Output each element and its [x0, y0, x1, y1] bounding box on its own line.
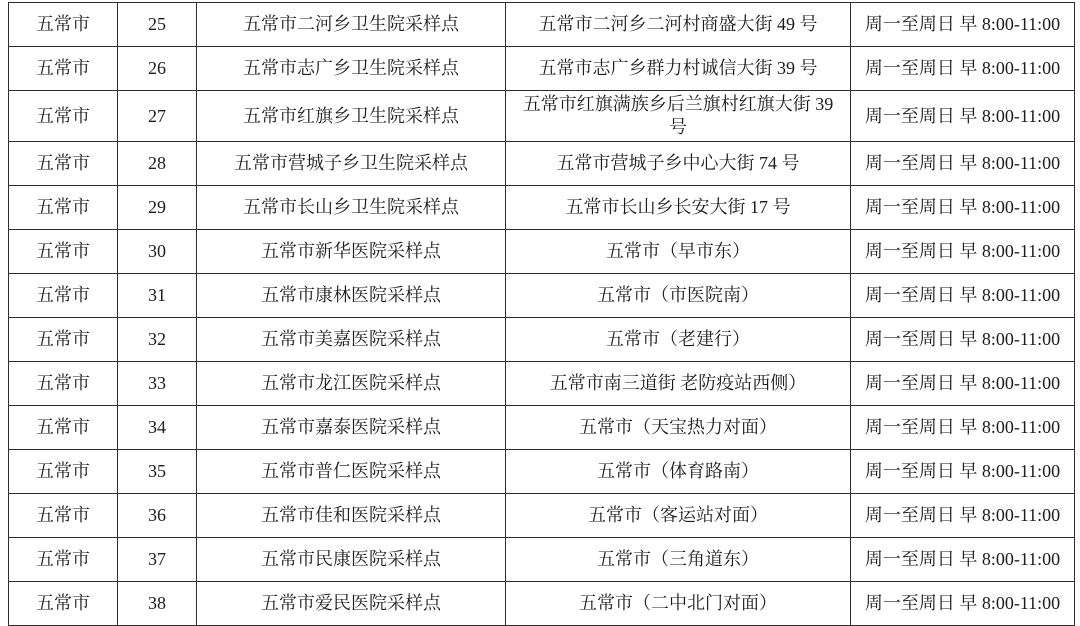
hours-cell: 周一至周日 早 8:00-11:00	[851, 230, 1075, 274]
hours-cell: 周一至周日 早 8:00-11:00	[851, 47, 1075, 91]
table-row: 五常市26五常市志广乡卫生院采样点五常市志广乡群力村诚信大街 39 号周一至周日…	[9, 47, 1075, 91]
table-row: 五常市29五常市长山乡卫生院采样点五常市长山乡长安大街 17 号周一至周日 早 …	[9, 186, 1075, 230]
index-cell: 38	[118, 582, 197, 621]
index-cell: 31	[118, 274, 197, 318]
index-cell: 27	[118, 91, 197, 142]
sampling-table-body: 五常市25五常市二河乡卫生院采样点五常市二河乡二河村商盛大街 49 号周一至周日…	[9, 3, 1075, 621]
address-cell: 五常市南三道街 老防疫站西侧）	[506, 362, 851, 406]
site-cell: 五常市普仁医院采样点	[197, 450, 506, 494]
site-cell: 五常市营城子乡卫生院采样点	[197, 142, 506, 186]
hours-cell: 周一至周日 早 8:00-11:00	[851, 318, 1075, 362]
address-cell: 五常市二河乡二河村商盛大街 49 号	[506, 3, 851, 47]
table-row: 五常市31五常市康林医院采样点五常市（市医院南）周一至周日 早 8:00-11:…	[9, 274, 1075, 318]
city-cell: 五常市	[9, 362, 118, 406]
table-row: 五常市35五常市普仁医院采样点五常市（体育路南）周一至周日 早 8:00-11:…	[9, 450, 1075, 494]
site-cell: 五常市民康医院采样点	[197, 538, 506, 582]
site-cell: 五常市佳和医院采样点	[197, 494, 506, 538]
index-cell: 28	[118, 142, 197, 186]
site-cell: 五常市志广乡卫生院采样点	[197, 47, 506, 91]
hours-cell: 周一至周日 早 8:00-11:00	[851, 582, 1075, 621]
city-cell: 五常市	[9, 230, 118, 274]
city-cell: 五常市	[9, 91, 118, 142]
hours-cell: 周一至周日 早 8:00-11:00	[851, 362, 1075, 406]
city-cell: 五常市	[9, 538, 118, 582]
table-row: 五常市37五常市民康医院采样点五常市（三角道东）周一至周日 早 8:00-11:…	[9, 538, 1075, 582]
index-cell: 37	[118, 538, 197, 582]
city-cell: 五常市	[9, 3, 118, 47]
city-cell: 五常市	[9, 142, 118, 186]
index-cell: 29	[118, 186, 197, 230]
address-cell: 五常市（三角道东）	[506, 538, 851, 582]
address-cell: 五常市（体育路南）	[506, 450, 851, 494]
table-row: 五常市25五常市二河乡卫生院采样点五常市二河乡二河村商盛大街 49 号周一至周日…	[9, 3, 1075, 47]
index-cell: 34	[118, 406, 197, 450]
site-cell: 五常市长山乡卫生院采样点	[197, 186, 506, 230]
address-cell: 五常市营城子乡中心大街 74 号	[506, 142, 851, 186]
address-cell: 五常市（客运站对面）	[506, 494, 851, 538]
table-row: 五常市28五常市营城子乡卫生院采样点五常市营城子乡中心大街 74 号周一至周日 …	[9, 142, 1075, 186]
hours-cell: 周一至周日 早 8:00-11:00	[851, 538, 1075, 582]
site-cell: 五常市康林医院采样点	[197, 274, 506, 318]
hours-cell: 周一至周日 早 8:00-11:00	[851, 406, 1075, 450]
city-cell: 五常市	[9, 406, 118, 450]
hours-cell: 周一至周日 早 8:00-11:00	[851, 3, 1075, 47]
site-cell: 五常市美嘉医院采样点	[197, 318, 506, 362]
site-cell: 五常市二河乡卫生院采样点	[197, 3, 506, 47]
address-cell: 五常市长山乡长安大街 17 号	[506, 186, 851, 230]
city-cell: 五常市	[9, 186, 118, 230]
city-cell: 五常市	[9, 318, 118, 362]
table-row: 五常市30五常市新华医院采样点五常市（早市东）周一至周日 早 8:00-11:0…	[9, 230, 1075, 274]
index-cell: 30	[118, 230, 197, 274]
site-cell: 五常市嘉泰医院采样点	[197, 406, 506, 450]
address-cell: 五常市志广乡群力村诚信大街 39 号	[506, 47, 851, 91]
index-cell: 36	[118, 494, 197, 538]
city-cell: 五常市	[9, 494, 118, 538]
address-cell: 五常市（二中北门对面）	[506, 582, 851, 621]
table-row: 五常市38五常市爱民医院采样点五常市（二中北门对面）周一至周日 早 8:00-1…	[9, 582, 1075, 621]
index-cell: 25	[118, 3, 197, 47]
site-cell: 五常市红旗乡卫生院采样点	[197, 91, 506, 142]
site-cell: 五常市龙江医院采样点	[197, 362, 506, 406]
table-row: 五常市36五常市佳和医院采样点五常市（客运站对面）周一至周日 早 8:00-11…	[9, 494, 1075, 538]
index-cell: 26	[118, 47, 197, 91]
index-cell: 35	[118, 450, 197, 494]
sampling-table-wrapper: 五常市25五常市二河乡卫生院采样点五常市二河乡二河村商盛大街 49 号周一至周日…	[8, 2, 1075, 620]
index-cell: 33	[118, 362, 197, 406]
hours-cell: 周一至周日 早 8:00-11:00	[851, 274, 1075, 318]
hours-cell: 周一至周日 早 8:00-11:00	[851, 494, 1075, 538]
table-row: 五常市32五常市美嘉医院采样点五常市（老建行）周一至周日 早 8:00-11:0…	[9, 318, 1075, 362]
city-cell: 五常市	[9, 450, 118, 494]
hours-cell: 周一至周日 早 8:00-11:00	[851, 186, 1075, 230]
address-cell: 五常市（老建行）	[506, 318, 851, 362]
site-cell: 五常市新华医院采样点	[197, 230, 506, 274]
table-row: 五常市33五常市龙江医院采样点五常市南三道街 老防疫站西侧）周一至周日 早 8:…	[9, 362, 1075, 406]
hours-cell: 周一至周日 早 8:00-11:00	[851, 450, 1075, 494]
city-cell: 五常市	[9, 582, 118, 621]
address-cell: 五常市红旗满族乡后兰旗村红旗大街 39 号	[506, 91, 851, 142]
table-row: 五常市34五常市嘉泰医院采样点五常市（天宝热力对面）周一至周日 早 8:00-1…	[9, 406, 1075, 450]
address-cell: 五常市（市医院南）	[506, 274, 851, 318]
site-cell: 五常市爱民医院采样点	[197, 582, 506, 621]
address-cell: 五常市（早市东）	[506, 230, 851, 274]
city-cell: 五常市	[9, 274, 118, 318]
hours-cell: 周一至周日 早 8:00-11:00	[851, 142, 1075, 186]
city-cell: 五常市	[9, 47, 118, 91]
sampling-points-table: 五常市25五常市二河乡卫生院采样点五常市二河乡二河村商盛大街 49 号周一至周日…	[8, 2, 1075, 620]
table-row: 五常市27五常市红旗乡卫生院采样点五常市红旗满族乡后兰旗村红旗大街 39 号周一…	[9, 91, 1075, 142]
address-cell: 五常市（天宝热力对面）	[506, 406, 851, 450]
index-cell: 32	[118, 318, 197, 362]
hours-cell: 周一至周日 早 8:00-11:00	[851, 91, 1075, 142]
